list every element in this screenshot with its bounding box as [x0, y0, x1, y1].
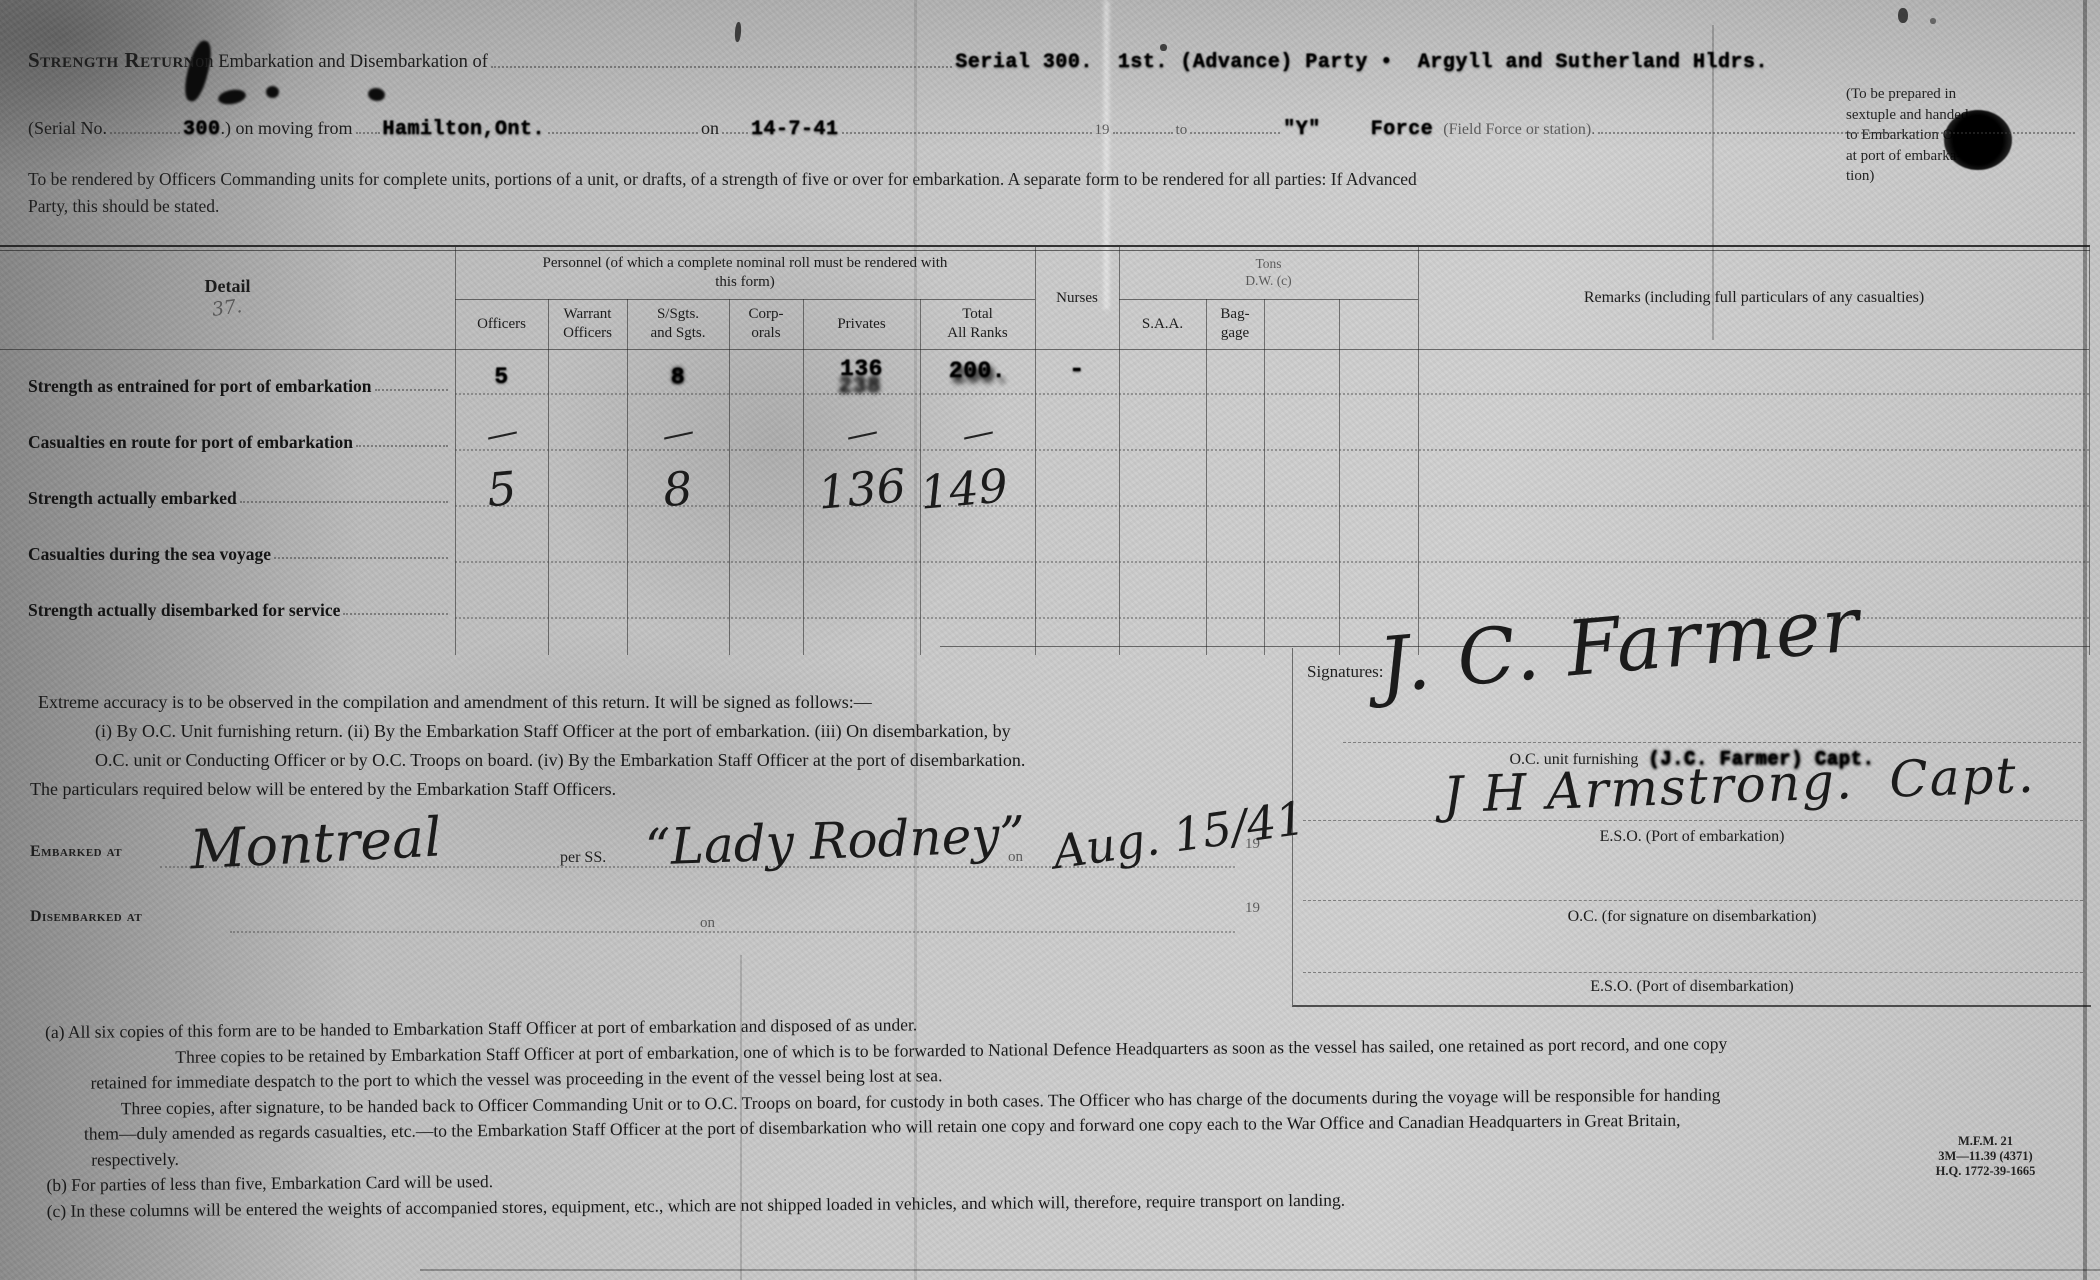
hand-value: 5	[485, 461, 519, 517]
form-title-rest: on Embarkation and Disembarkation of	[195, 52, 488, 73]
accuracy-line2: (i) By O.C. Unit furnishing return. (ii)…	[30, 717, 1280, 746]
page-bottom-edge	[420, 1269, 2100, 1271]
moving-from-label: .) on moving from	[221, 118, 353, 139]
typed-value: 5	[494, 364, 508, 390]
signature-line	[1303, 972, 2083, 973]
form-ref-line2: 3M—11.39 (4371)	[1878, 1149, 2093, 1164]
typed-destination-force: "Y" Force	[1283, 118, 1433, 141]
row-label-strength-entrained: Strength as entrained for port of embark…	[0, 349, 455, 405]
table-row-dotted-line	[455, 561, 2089, 563]
dotted-leader	[356, 132, 380, 134]
form-ref-line3: H.Q. 1772-39-1665	[1878, 1164, 2093, 1179]
ink-mark	[266, 86, 279, 98]
table-vline	[729, 299, 730, 655]
on-label: on	[701, 118, 719, 139]
signature-line	[1303, 820, 2083, 821]
serial-no-label: (Serial No.	[28, 118, 107, 139]
disembarked-dotted-line	[230, 931, 1235, 933]
hand-embark-port: Montreal	[189, 805, 443, 881]
signature-line	[1343, 742, 2081, 743]
signatures-section: Signatures: J. C. Farmer O.C. unit furni…	[1292, 648, 2091, 1007]
disembarked-at-label: Disembarked at	[30, 908, 142, 926]
typed-value: 200.	[949, 358, 1006, 384]
pen-scribble: 37.	[211, 295, 244, 323]
cell-enroute-officers: —	[455, 405, 548, 461]
disembark-on-label: on	[700, 915, 715, 932]
typed-value: 136	[840, 356, 883, 382]
ink-speck	[1930, 18, 1936, 24]
hand-dash: —	[958, 411, 997, 455]
year-19-label: 19	[1095, 122, 1110, 139]
embark-year-19: 19	[1245, 836, 1260, 853]
row-label-casualties-sea-voyage: Casualties during the sea voyage	[0, 517, 455, 573]
row-label-strength-disembarked: Strength actually disembarked for servic…	[0, 573, 455, 629]
typed-origin-station: Hamilton,Ont.	[383, 118, 546, 141]
cell-entrained-nurses: -	[1035, 349, 1119, 405]
hand-value: 149	[918, 458, 1010, 519]
signatures-label: Signatures:	[1307, 662, 1384, 682]
table-vline	[1206, 299, 1207, 655]
render-instructions: To be rendered by Officers Commanding un…	[28, 166, 1808, 220]
accuracy-line4: The particulars required below will be e…	[30, 775, 1280, 804]
ssgts-column-header: S/Sgts. and Sgts.	[627, 299, 729, 349]
detail-header-label: Detail	[205, 275, 251, 298]
hand-dash: —	[482, 411, 521, 455]
table-vline	[1264, 299, 1265, 655]
warrant-officers-column-header: Warrant Officers	[548, 299, 627, 349]
detail-column-header: Detail 37.	[0, 247, 455, 349]
dotted-leader	[343, 613, 448, 615]
disembark-year-19: 19	[1245, 900, 1260, 917]
remarks-column-header: Remarks (including full particulars of a…	[1418, 247, 2090, 349]
corporals-column-header: Corp- orals	[729, 299, 803, 349]
baggage-column-header: Bag- gage	[1206, 299, 1264, 349]
cell-embarked-total: 149	[920, 461, 1035, 517]
hand-dash: —	[658, 411, 697, 455]
embark-on-label: on	[1008, 849, 1023, 866]
row-label-strength-embarked: Strength actually embarked	[0, 461, 455, 517]
cell-entrained-ssgts: 8	[627, 349, 729, 405]
cell-enroute-total: —	[920, 405, 1035, 461]
dotted-leader	[722, 132, 748, 134]
accuracy-line1: Extreme accuracy is to be observed in th…	[30, 688, 1280, 717]
hand-value: 136	[815, 458, 907, 519]
cell-entrained-privates: 238 136	[803, 349, 920, 405]
row-label-text: Casualties en route for port of embarkat…	[28, 432, 353, 453]
cell-embarked-officers: 5	[455, 461, 548, 517]
to-label: to	[1176, 122, 1188, 139]
table-vline	[548, 299, 549, 655]
dotted-leader	[1113, 132, 1173, 134]
form-reference-numbers: M.F.M. 21 3M—11.39 (4371) H.Q. 1772-39-1…	[1878, 1134, 2093, 1179]
accuracy-instructions: Extreme accuracy is to be observed in th…	[30, 688, 1280, 804]
total-all-ranks-column-header: Total All Ranks	[920, 299, 1035, 349]
typed-value: -	[1069, 354, 1085, 384]
cell-enroute-ssgts: —	[627, 405, 729, 461]
accuracy-line3: O.C. unit or Conducting Officer or by O.…	[30, 746, 1280, 775]
scanned-strength-return-form: Strength Return on Embarkation and Disem…	[0, 0, 2100, 1280]
hand-dash: —	[842, 411, 881, 455]
cell-enroute-privates: —	[803, 405, 920, 461]
form-ref-line1: M.F.M. 21	[1878, 1134, 2093, 1149]
saa-column-header: S.A.A.	[1119, 299, 1206, 349]
signature-line	[1303, 900, 2083, 901]
embarked-at-label: Embarked at	[30, 843, 122, 861]
row-label-casualties-en-route: Casualties en route for port of embarkat…	[0, 405, 455, 461]
form-title-line: Strength Return on Embarkation and Disem…	[28, 48, 1768, 73]
typed-value: 8	[671, 364, 685, 390]
privates-column-header: Privates	[803, 299, 920, 349]
oc-disembark-label: O.C. (for signature on disembarkation)	[1293, 908, 2091, 926]
dotted-leader	[548, 132, 698, 134]
tons-group-header: Tons D.W. (c)	[1119, 247, 1418, 299]
dotted-leader	[375, 389, 448, 391]
dotted-leader	[240, 501, 448, 503]
field-force-or-station-label: (Field Force or station).	[1443, 121, 1595, 139]
dotted-leader	[356, 445, 448, 447]
row-label-text: Strength actually disembarked for servic…	[28, 600, 340, 621]
render-instructions-line1: To be rendered by Officers Commanding un…	[28, 166, 1808, 193]
dotted-leader	[110, 132, 180, 134]
signatures-inner: Signatures: J. C. Farmer O.C. unit furni…	[1293, 648, 2091, 1005]
footnotes: (a) All six copies of this form are to b…	[45, 1002, 2077, 1224]
typed-unit-designation: Serial 300. 1st. (Advance) Party • Argyl…	[955, 51, 1768, 74]
row-label-text: Strength as entrained for port of embark…	[28, 376, 372, 397]
dotted-leader	[274, 557, 448, 559]
cell-entrained-total: 200. 200.	[920, 349, 1035, 405]
per-ss-label: per SS.	[560, 849, 606, 867]
dotted-leader	[1190, 132, 1280, 134]
typed-serial-number: 300	[183, 118, 221, 141]
row-label-text: Casualties during the sea voyage	[28, 544, 271, 565]
ink-speck	[1898, 8, 1908, 23]
typed-moving-date: 14-7-41	[751, 118, 839, 141]
nurses-column-header: Nurses	[1035, 247, 1119, 349]
dotted-leader	[1598, 132, 2075, 134]
cell-embarked-privates: 136	[803, 461, 920, 517]
render-instructions-line2: Party, this should be stated.	[28, 193, 1808, 220]
officers-column-header: Officers	[455, 299, 548, 349]
serial-line: (Serial No. 300 .) on moving from Hamilt…	[28, 118, 2078, 139]
row-label-text: Strength actually embarked	[28, 488, 237, 509]
form-title: Strength Return	[28, 48, 195, 73]
personnel-group-header: Personnel (of which a complete nominal r…	[455, 247, 1035, 299]
dotted-leader	[491, 66, 952, 68]
hand-value: 8	[661, 461, 695, 517]
eso-disembark-label: E.S.O. (Port of disembarkation)	[1293, 978, 2091, 996]
cell-entrained-officers: 5	[455, 349, 548, 405]
eso-embark-label: E.S.O. (Port of embarkation)	[1293, 828, 2091, 846]
table-vline	[1339, 299, 1340, 655]
cell-embarked-ssgts: 8	[627, 461, 729, 517]
dotted-leader	[842, 132, 1092, 134]
